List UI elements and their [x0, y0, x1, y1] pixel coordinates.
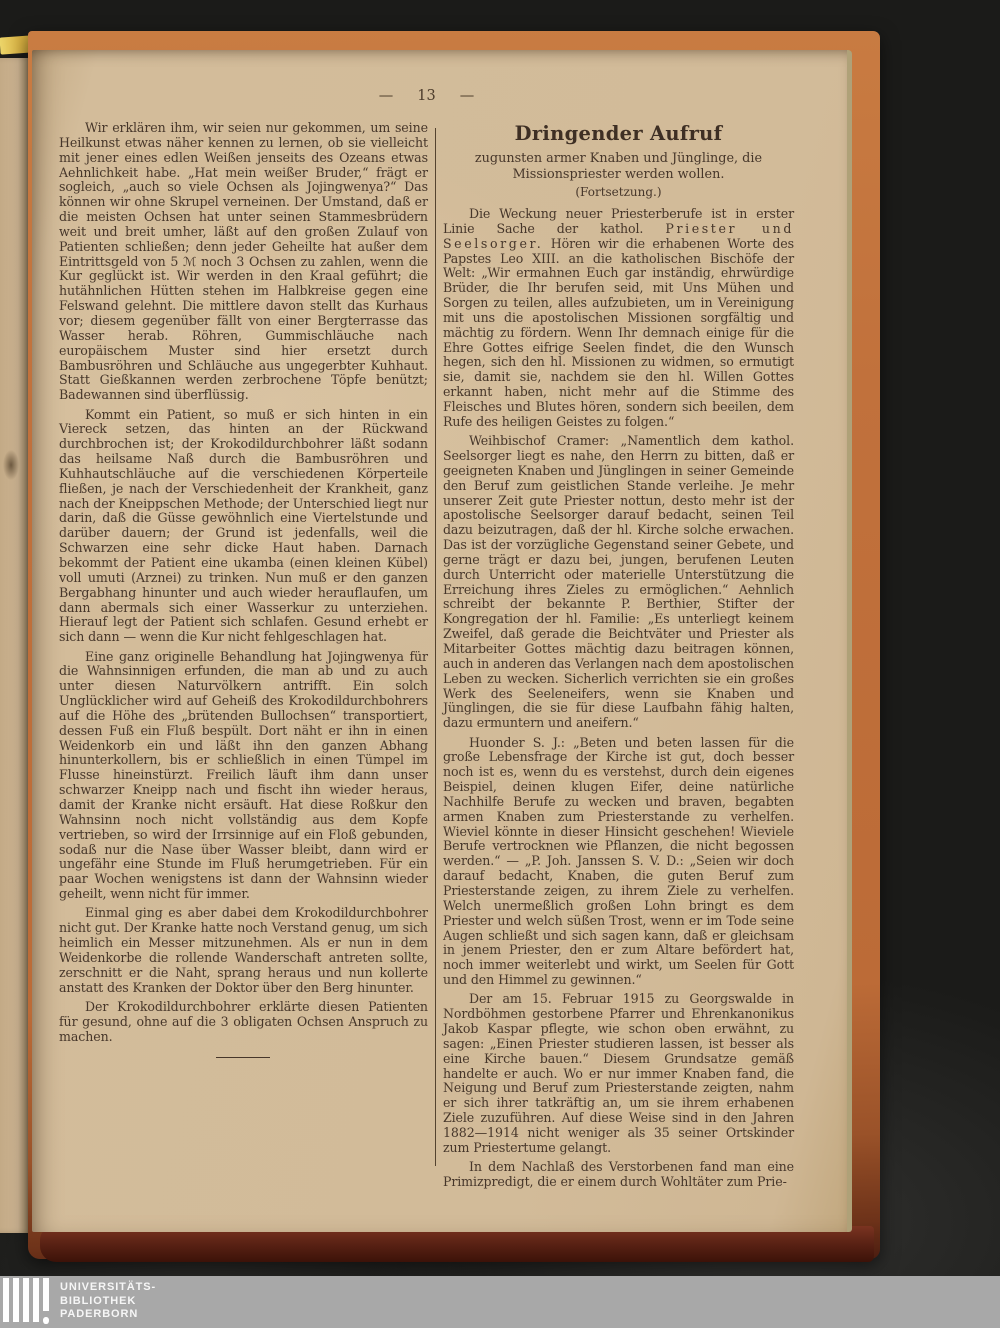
- logo-bar: [13, 1278, 19, 1322]
- library-watermark-band: UNIVERSITÄTS- BIBLIOTHEK PADERBORN: [0, 1276, 1000, 1328]
- page-smudge: [3, 450, 19, 480]
- book-scan-scene: — 13 — Wir erklären ihm, wir seien nur g…: [0, 0, 1000, 1328]
- paragraph-rest: Hören wir die erhabenen Worte des Papste…: [443, 236, 794, 429]
- page-number: — 13 —: [59, 88, 794, 104]
- logo-bar: [33, 1278, 39, 1322]
- page-number-value: 13: [417, 88, 435, 104]
- page-columns: Wir erklären ihm, wir seien nur gekommen…: [59, 121, 794, 1194]
- logo-bar-exclaim-dot: [43, 1317, 49, 1324]
- paragraph: Der Krokodildurchbohrer erklärte diesen …: [59, 1000, 428, 1045]
- continuation-note: (Fortsetzung.): [443, 185, 794, 199]
- column-divider: [435, 128, 436, 1166]
- library-name-line: BIBLIOTHEK: [60, 1295, 156, 1309]
- paragraph: Huonder S. J.: „Beten und beten lassen f…: [443, 736, 794, 988]
- logo-bar: [3, 1278, 9, 1322]
- article-subtitle: zugunsten armer Knaben und Jünglinge, di…: [447, 151, 790, 182]
- section-end-rule: [216, 1057, 270, 1058]
- paragraph: Der am 15. Februar 1915 zu Georgswalde i…: [443, 992, 794, 1155]
- library-name-line: UNIVERSITÄTS-: [60, 1281, 156, 1295]
- article-title: Dringender Aufruf: [443, 122, 794, 145]
- logo-bar: [23, 1278, 29, 1322]
- paragraph: Weihbischof Cramer: „Namentlich dem kath…: [443, 434, 794, 731]
- library-logo-icon: [3, 1278, 49, 1324]
- logo-bar-exclaim: [43, 1278, 49, 1324]
- library-name-line: PADERBORN: [60, 1308, 156, 1322]
- paragraph: Die Weckung neuer Priesterberufe ist in …: [443, 207, 794, 430]
- paragraph: In dem Nachlaß des Verstorbenen fand man…: [443, 1160, 794, 1190]
- paragraph: Einmal ging es aber dabei dem Krokodildu…: [59, 906, 428, 995]
- library-name: UNIVERSITÄTS- BIBLIOTHEK PADERBORN: [60, 1281, 156, 1322]
- logo-bar-exclaim-top: [43, 1278, 49, 1311]
- paragraph: Wir erklären ihm, wir seien nur gekommen…: [59, 121, 428, 403]
- paragraph: Kommt ein Patient, so muß er sich hinten…: [59, 408, 428, 646]
- page-number-dash-right: —: [460, 88, 475, 104]
- book-page: — 13 — Wir erklären ihm, wir seien nur g…: [32, 50, 852, 1232]
- right-column: Dringender Aufruf zugunsten armer Knaben…: [443, 121, 794, 1194]
- page-number-dash-left: —: [379, 88, 394, 104]
- left-column: Wir erklären ihm, wir seien nur gekommen…: [59, 121, 428, 1194]
- paragraph: Eine ganz originelle Behandlung hat Joji…: [59, 650, 428, 902]
